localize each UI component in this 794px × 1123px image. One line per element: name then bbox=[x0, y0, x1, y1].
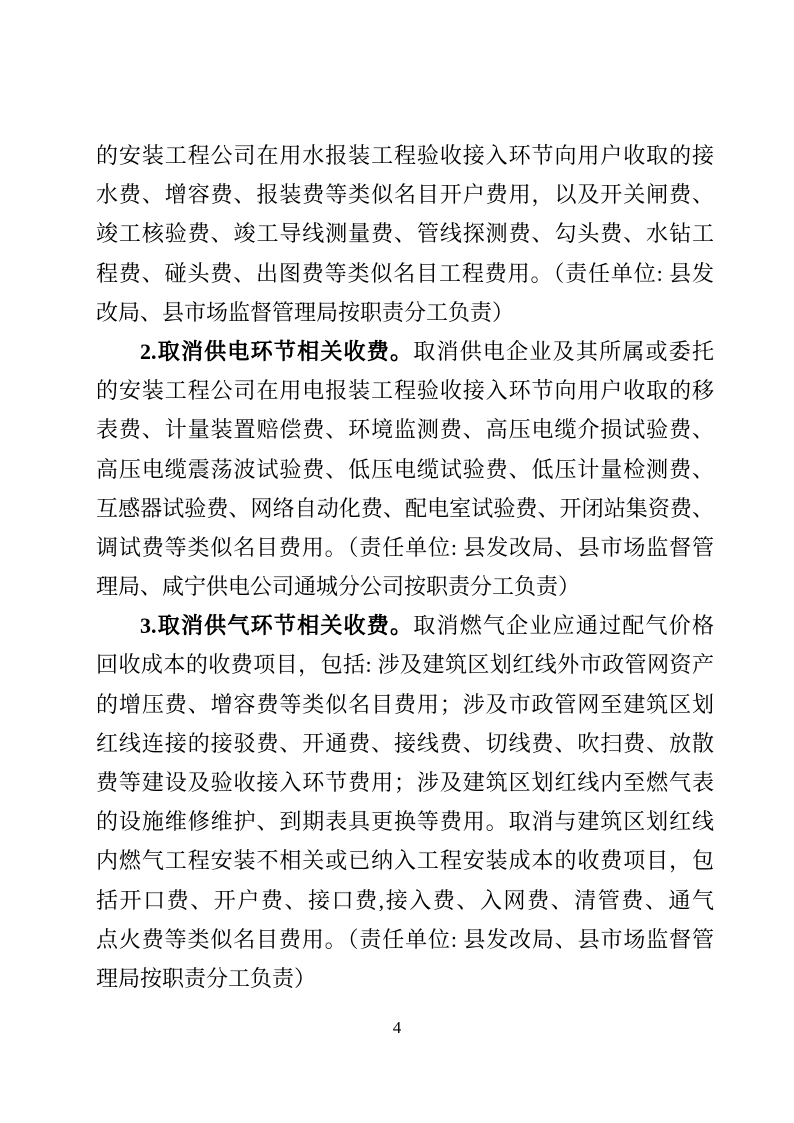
text-line: 内燃气工程安装不相关或已纳入工程安装成本的收费项目，包 bbox=[96, 841, 714, 880]
text-line: 互感器试验费、网络自动化费、配电室试验费、开闭站集资费、 bbox=[96, 489, 714, 528]
text-line: 红线连接的接驳费、开通费、接线费、切线费、吹扫费、放散 bbox=[96, 724, 714, 763]
text-line: 水费、增容费、报装费等类似名目开户费用，以及开关闸费、 bbox=[96, 175, 714, 214]
text-line: 括开口费、开户费、接口费,接入费、入网费、清管费、通气费、 bbox=[96, 881, 714, 920]
para-2-electricity-fees: 2.取消供电环节相关收费。取消供电企业及其所属或委托的安装工程公司在用电报装工程… bbox=[96, 332, 714, 606]
clause-heading: 2.取消供电环节相关收费。 bbox=[140, 339, 413, 364]
document-body: 的安装工程公司在用水报装工程验收接入环节向用户收取的接水费、增容费、报装费等类似… bbox=[96, 136, 714, 998]
clause-heading: 3.取消供气环节相关收费。 bbox=[140, 613, 413, 638]
text-line: 的安装工程公司在用电报装工程验收接入环节向用户收取的移 bbox=[96, 371, 714, 410]
text-line: 3.取消供气环节相关收费。取消燃气企业应通过配气价格 bbox=[96, 606, 714, 645]
text-line: 2.取消供电环节相关收费。取消供电企业及其所属或委托 bbox=[96, 332, 714, 371]
text-line: 高压电缆震荡波试验费、低压电缆试验费、低压计量检测费、 bbox=[96, 450, 714, 489]
text-line: 改局、县市场监督管理局按职责分工负责） bbox=[96, 293, 714, 332]
text-line: 的设施维修维护、到期表具更换等费用。取消与建筑区划红线 bbox=[96, 802, 714, 841]
text-line: 理局、咸宁供电公司通城分公司按职责分工负责） bbox=[96, 567, 714, 606]
text-line: 的增压费、增容费等类似名目费用；涉及市政管网至建筑区划 bbox=[96, 685, 714, 724]
text-line: 竣工核验费、竣工导线测量费、管线探测费、勾头费、水钻工 bbox=[96, 214, 714, 253]
text-line: 理局按职责分工负责） bbox=[96, 959, 714, 998]
para-water-fees-continuation: 的安装工程公司在用水报装工程验收接入环节向用户收取的接水费、增容费、报装费等类似… bbox=[96, 136, 714, 332]
page-number: 4 bbox=[393, 1018, 402, 1037]
text-line: 点火费等类似名目费用。（责任单位: 县发改局、县市场监督管 bbox=[96, 920, 714, 959]
para-3-gas-fees: 3.取消供气环节相关收费。取消燃气企业应通过配气价格回收成本的收费项目，包括: … bbox=[96, 606, 714, 998]
page-footer: 4 bbox=[0, 1016, 794, 1040]
document-page: 的安装工程公司在用水报装工程验收接入环节向用户收取的接水费、增容费、报装费等类似… bbox=[0, 0, 794, 1123]
text-line: 程费、碰头费、出图费等类似名目工程费用。（责任单位: 县发 bbox=[96, 254, 714, 293]
text-line: 调试费等类似名目费用。（责任单位: 县发改局、县市场监督管 bbox=[96, 528, 714, 567]
text-line: 的安装工程公司在用水报装工程验收接入环节向用户收取的接 bbox=[96, 136, 714, 175]
text-line: 费等建设及验收接入环节费用；涉及建筑区划红线内至燃气表 bbox=[96, 763, 714, 802]
text-line: 回收成本的收费项目，包括: 涉及建筑区划红线外市政管网资产 bbox=[96, 645, 714, 684]
text-line: 表费、计量装置赔偿费、环境监测费、高压电缆介损试验费、 bbox=[96, 410, 714, 449]
